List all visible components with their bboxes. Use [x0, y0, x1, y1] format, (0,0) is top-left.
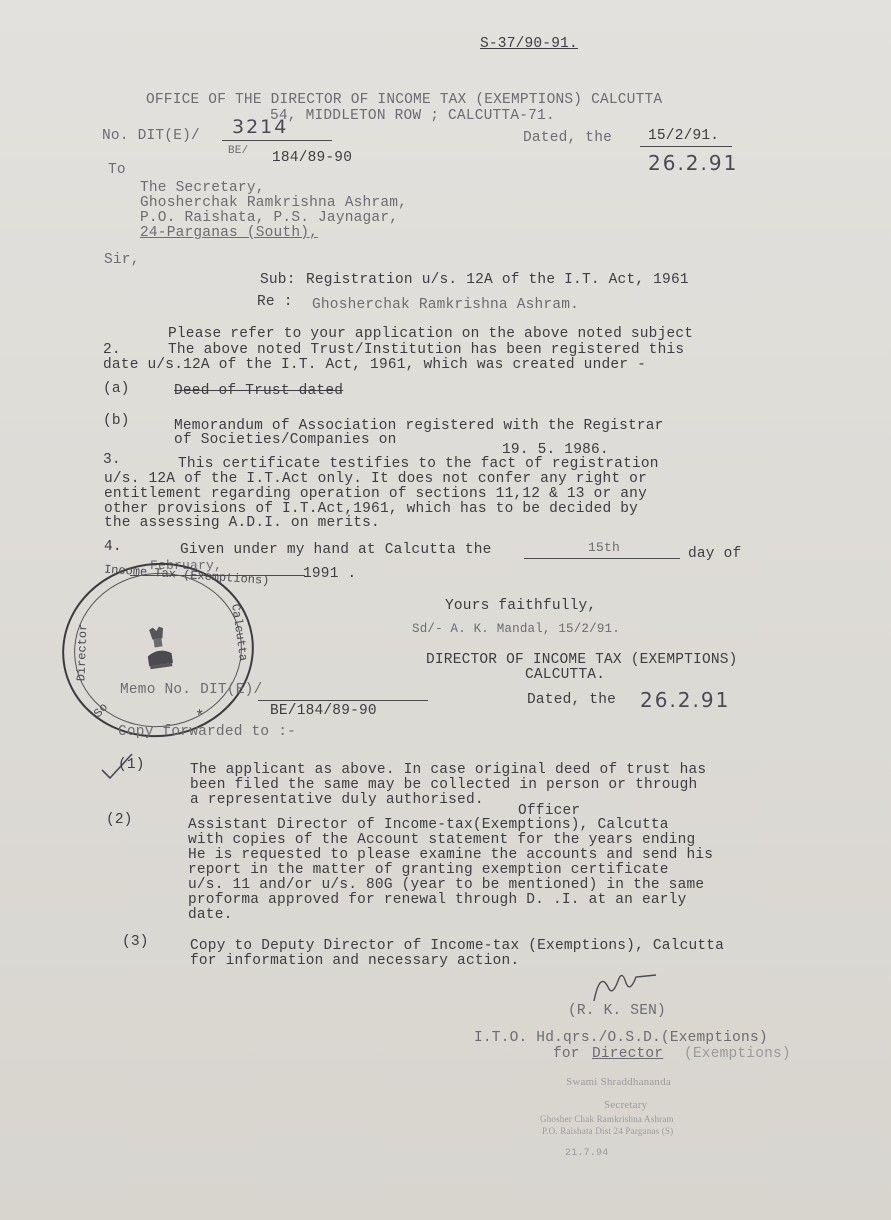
paragraph-3-number: 3. — [103, 452, 121, 468]
paragraph-2-line: date u/s.12A of the I.T. Act, 1961, whic… — [103, 357, 646, 373]
address-line: P.O. Raishata, P.S. Jaynagar, — [140, 210, 398, 226]
office-heading: OFFICE OF THE DIRECTOR OF INCOME TAX (EX… — [146, 92, 662, 108]
distribution-1-line: been filed the same may be collected in … — [190, 777, 697, 793]
seal-left-text: Director — [74, 624, 90, 682]
distribution-2-line: He is requested to please examine the ac… — [188, 847, 713, 863]
distribution-3-number: (3) — [122, 934, 149, 950]
memo-number-ref: BE/184/89-90 — [270, 703, 377, 719]
letter-number-label: No. DIT(E)/ — [102, 128, 200, 144]
paragraph-1: Please refer to your application on the … — [168, 326, 693, 342]
item-b-line: of Societies/Companies on — [174, 432, 397, 448]
paragraph-3-line: the assessing A.D.I. on merits. — [104, 515, 380, 531]
re-label: Re : — [257, 294, 293, 310]
letter-number-prefix: BE/ — [228, 143, 248, 159]
distribution-1-line: The applicant as above. In case original… — [190, 762, 706, 778]
dated-label: Dated, the — [523, 130, 612, 146]
attestation-name: Swami Shraddhananda — [566, 1074, 671, 1090]
paragraph-3-line: entitlement regarding operation of secti… — [104, 486, 647, 502]
paragraph-4-number: 4. — [104, 539, 122, 555]
letter-page: S-37/90-91. OFFICE OF THE DIRECTOR OF IN… — [0, 0, 891, 1220]
dated-handwritten: 26.2.91 — [648, 155, 738, 171]
letter-number-handwritten: 3214 — [232, 119, 288, 135]
closing: Yours faithfully, — [445, 598, 596, 614]
official-seal: Income Tax (Exemptions) Calcutta Directo… — [51, 550, 265, 749]
office-address: 54, MIDDLETON ROW ; CALCUTTA-71. — [270, 108, 555, 124]
re-text: Ghosherchak Ramkrishna Ashram. — [312, 297, 579, 313]
distribution-1-number: (1) — [118, 757, 145, 773]
for-suffix: (Exemptions) — [684, 1046, 791, 1062]
for-label: for — [553, 1046, 580, 1062]
paragraph-3-line: u/s. 12A of the I.T.Act only. It does no… — [104, 471, 647, 487]
signatory-title: DIRECTOR OF INCOME TAX (EXEMPTIONS) — [426, 652, 738, 668]
for-director: Director — [592, 1046, 663, 1062]
distribution-2-line: with copies of the Account statement for… — [188, 832, 695, 848]
paragraph-4-year: 1991 . — [303, 566, 356, 582]
signature-dated-handwritten: 26.2.91 — [640, 692, 730, 708]
paragraph-2-line: The above noted Trust/Institution has be… — [168, 342, 684, 358]
item-b-label: (b) — [103, 413, 130, 429]
address-line: Ghosherchak Ramkrishna Ashram, — [140, 195, 407, 211]
to-label: To — [108, 162, 126, 178]
address-line: The Secretary, — [140, 180, 265, 196]
officer-designation: I.T.O. Hd.qrs./O.S.D.(Exemptions) — [474, 1030, 768, 1046]
distribution-1-line: a representative duly authorised. — [190, 792, 484, 808]
salutation: Sir, — [104, 252, 140, 268]
letter-number-ref: 184/89-90 — [272, 150, 352, 166]
distribution-3-line: Copy to Deputy Director of Income-tax (E… — [190, 938, 724, 954]
item-a-text: Deed of Trust dated — [174, 383, 343, 399]
signed-by: Sd/- A. K. Mandal, 15/2/91. — [412, 621, 620, 637]
item-a-label: (a) — [103, 381, 130, 397]
handwritten-signature-icon — [590, 965, 660, 1005]
distribution-2-line: date. — [188, 907, 233, 923]
dated-value: 15/2/91. — [648, 128, 719, 144]
subject-label: Sub: — [260, 272, 296, 288]
signatory-location: CALCUTTA. — [525, 667, 605, 683]
distribution-2-line: proforma approved for renewal through D.… — [188, 892, 686, 908]
day-blank — [524, 558, 680, 559]
file-reference: S-37/90-91. — [480, 36, 578, 52]
address-line: 24-Parganas (South), — [140, 225, 318, 241]
memo-number-blank — [258, 700, 428, 701]
memo-number-label: Memo No. DIT(E)/ — [120, 682, 262, 698]
paragraph-4-day: 15th — [588, 540, 620, 556]
paragraph-4-text: Given under my hand at Calcutta the — [180, 542, 492, 558]
signature-dated-label: Dated, the — [527, 692, 616, 708]
paragraph-4-day-of: day of — [688, 546, 741, 562]
number-underline — [222, 140, 332, 141]
paragraph-3-line: This certificate testifies to the fact o… — [178, 456, 659, 472]
copy-forwarded-label: Copy forwarded to :- — [118, 724, 296, 740]
initials: (R. K. SEN) — [568, 1003, 666, 1019]
attestation-date: 21.7.94 — [565, 1146, 608, 1162]
date-underline — [640, 146, 732, 147]
paragraph-2-number: 2. — [103, 342, 121, 358]
attestation-address: P.O. Raishata Dist 24 Parganas (S) — [542, 1123, 673, 1139]
distribution-2-line: Assistant Director of Income-tax(Exempti… — [188, 817, 669, 833]
distribution-2-line: report in the matter of granting exempti… — [188, 862, 669, 878]
distribution-2-line: u/s. 11 and/or u/s. 80G (year to be ment… — [188, 877, 704, 893]
distribution-2-number: (2) — [106, 812, 133, 828]
subject-text: Registration u/s. 12A of the I.T. Act, 1… — [306, 272, 689, 288]
distribution-3-line: for information and necessary action. — [190, 953, 519, 969]
